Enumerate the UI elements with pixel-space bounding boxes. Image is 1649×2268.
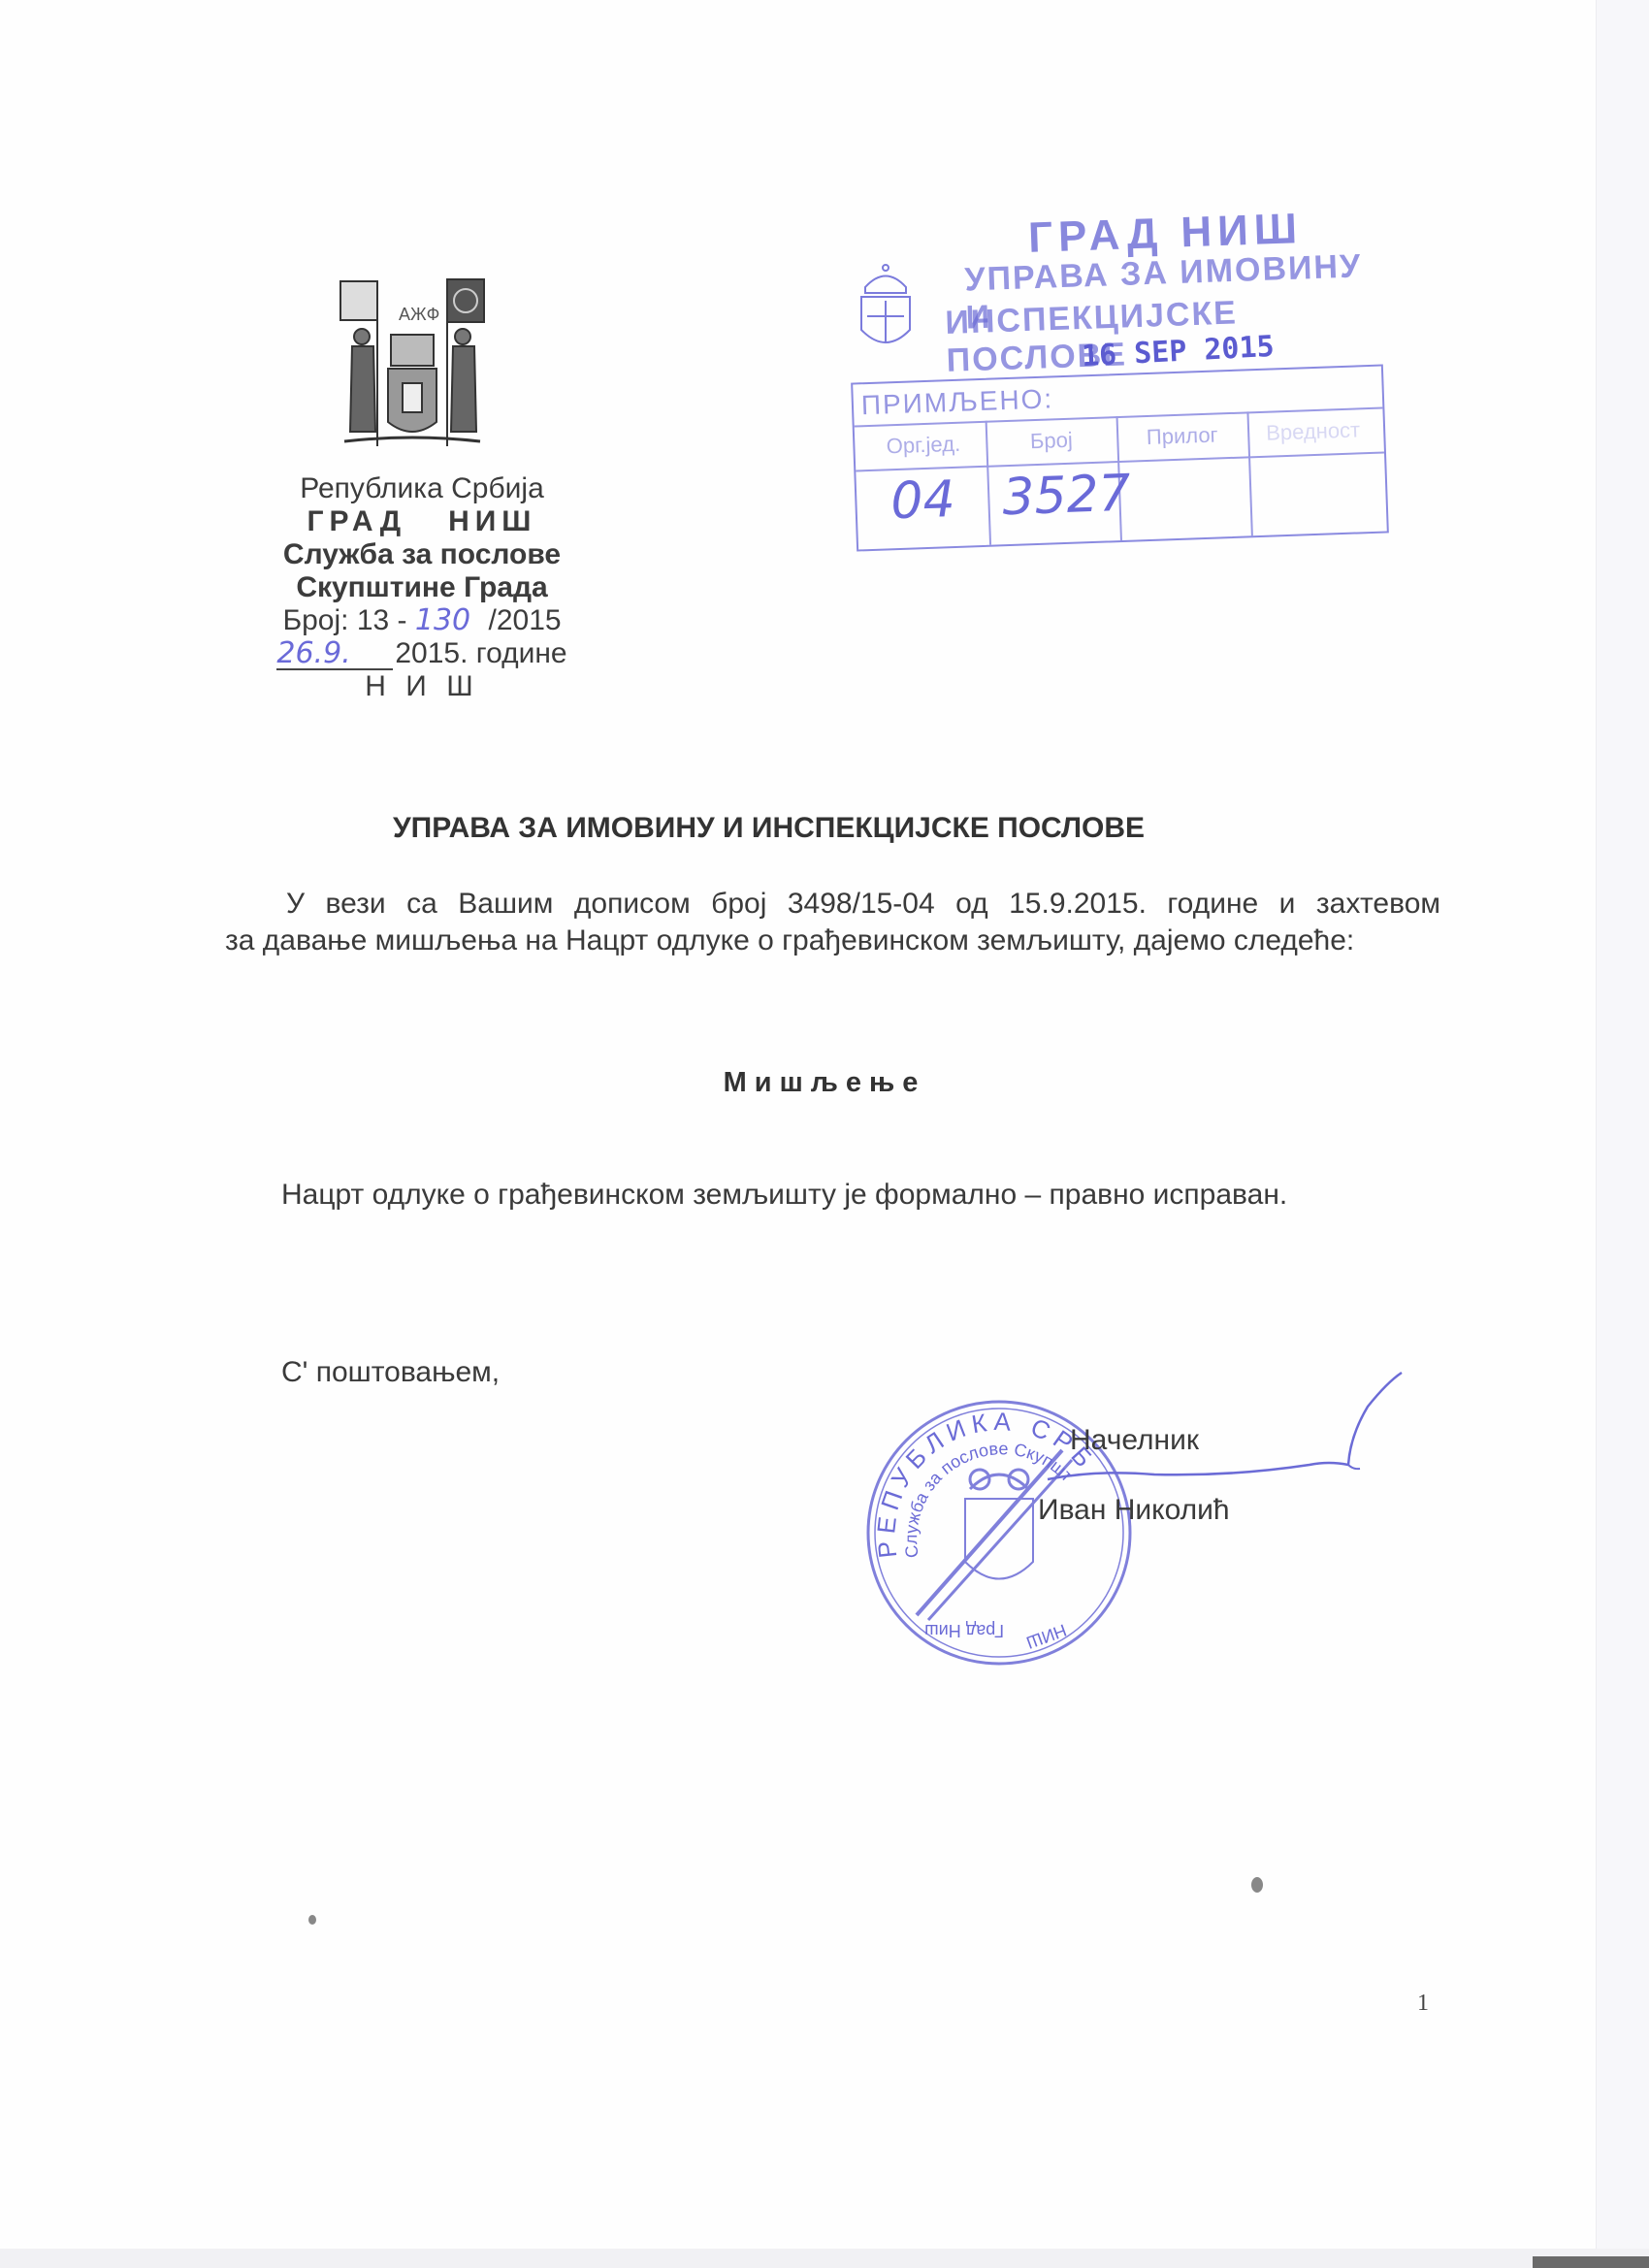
org-unit-value: 04 xyxy=(889,470,955,531)
body-paragraph-line1: У вези са Вашим дописом број 3498/15-04 … xyxy=(286,888,1440,921)
document-number: Број: 13 - 130 /2015 xyxy=(242,604,601,637)
opinion-text: Нацрт одлуке о грађевинском земљишту је … xyxy=(281,1179,1287,1212)
body-paragraph-line2: за давање мишљења на Нацрт одлуке о грађ… xyxy=(225,924,1476,957)
signatory-name: Иван Николић xyxy=(1038,1494,1230,1527)
department-line1: Служба за послове xyxy=(242,538,601,571)
column-value: Вредност xyxy=(1252,417,1374,446)
closing-salutation: С' поштовањем, xyxy=(281,1356,500,1389)
serbian-crest-icon xyxy=(856,260,916,357)
scan-edge-right xyxy=(1596,0,1649,2268)
svg-text:АЖФ: АЖФ xyxy=(399,305,439,324)
city-name: ГРАД НИШ xyxy=(242,505,601,538)
column-number: Број xyxy=(990,426,1113,455)
registration-number-value: 3527 xyxy=(1001,465,1131,528)
opinion-heading: Мишљење xyxy=(0,1067,1649,1099)
country-name: Република Србија xyxy=(242,472,601,505)
city-footer: Н И Ш xyxy=(242,670,601,703)
handwritten-date: 26.9. xyxy=(276,636,350,670)
city-coat-of-arms-icon: АЖФ xyxy=(335,276,490,456)
seal-bottom-text: Град Ниш xyxy=(924,1621,1004,1640)
signatory-title: Начелник xyxy=(1070,1424,1199,1457)
scan-edge-bottom xyxy=(0,2249,1649,2268)
page-number: 1 xyxy=(1417,1991,1429,2017)
scan-edge-corner xyxy=(1533,2256,1649,2268)
receipt-stamp: ГРАД НИШ УПРАВА ЗА ИМОВИНУ И ИНСПЕКЦИЈСК… xyxy=(844,204,1387,543)
column-org-unit: Орг.јед. xyxy=(862,431,985,460)
department-line2: Скупштине Града xyxy=(242,571,601,604)
scan-speck xyxy=(1251,1877,1263,1893)
stamp-grid: ПРИМЉЕНО: Орг.јед. Број Прилог Вредност … xyxy=(851,364,1389,551)
column-attachment: Прилог xyxy=(1121,422,1244,451)
sender-header: Република Србија ГРАД НИШ Служба за посл… xyxy=(242,472,601,703)
received-label: ПРИМЉЕНО: xyxy=(860,383,1053,421)
scan-speck xyxy=(308,1915,316,1925)
document-date: 26.9.2015. године xyxy=(242,637,601,670)
handwritten-number: 130 xyxy=(415,603,470,637)
